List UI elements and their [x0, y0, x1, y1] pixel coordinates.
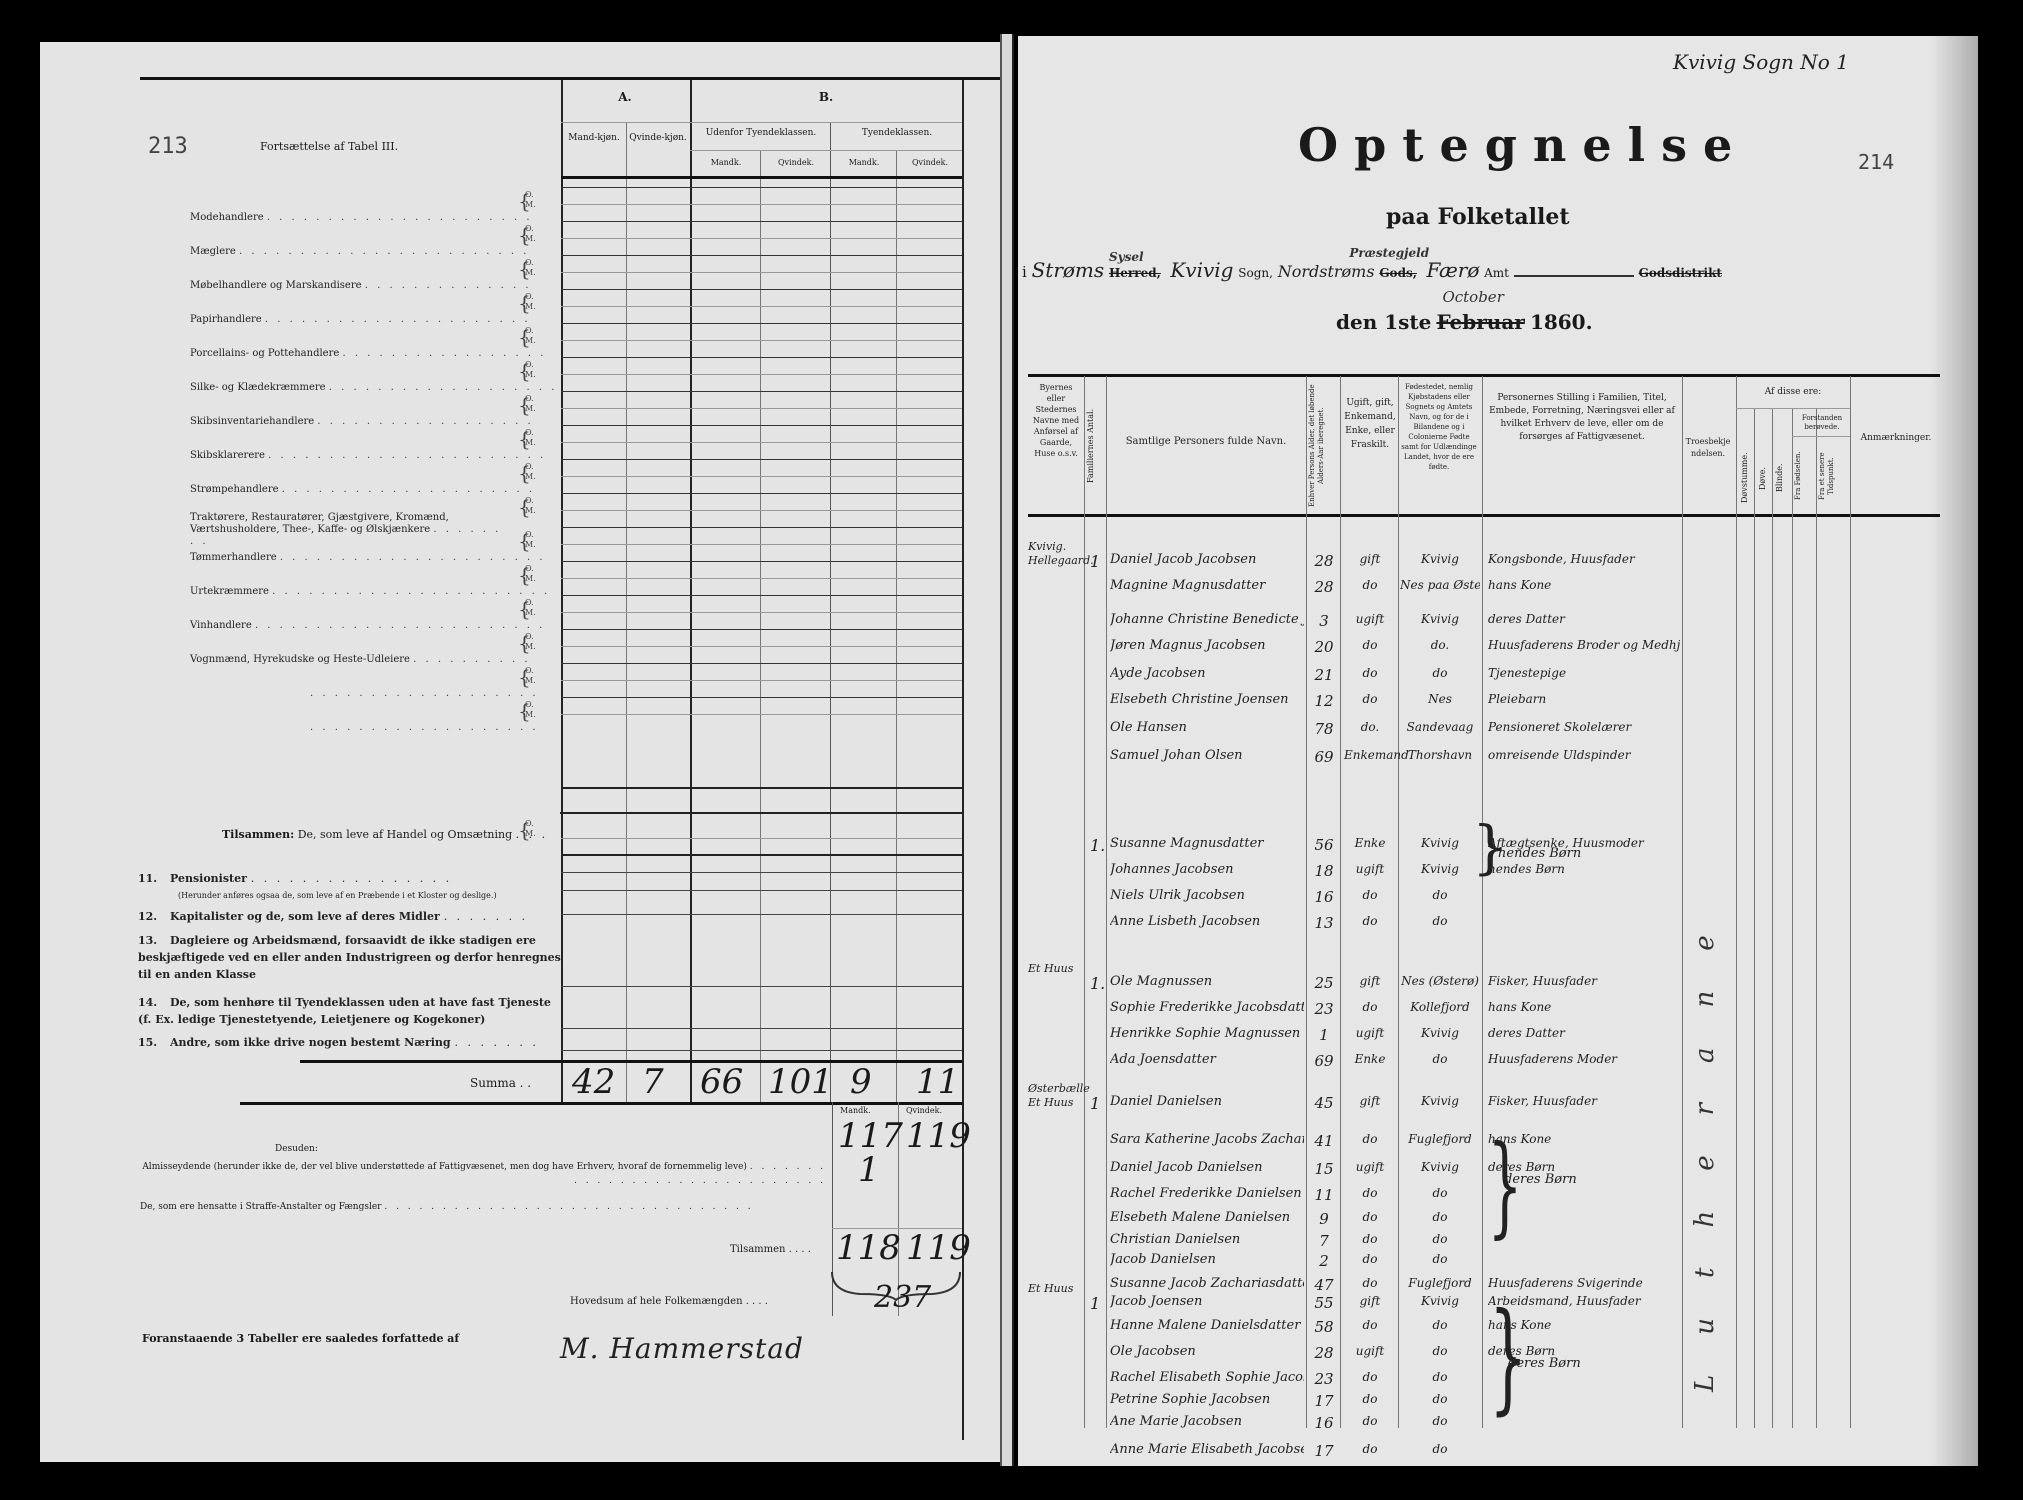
summa-b-servants-male: 9 — [850, 1062, 872, 1102]
person-birthplace: Nes paa Østerø — [1400, 578, 1480, 592]
person-marital-status: do — [1344, 666, 1396, 680]
row-subrule — [561, 272, 962, 273]
census-col-rule — [1482, 376, 1483, 1428]
row-subrule — [561, 612, 962, 613]
col-blind: Blinde. — [1775, 446, 1784, 510]
household-family-count: 1 — [1090, 552, 1100, 571]
person-name: Jøren Magnus Jacobsen — [1110, 638, 1304, 653]
person-age: 56 — [1308, 836, 1340, 854]
left-page: 213 Fortsættelse af Tabel III. A. B. Man… — [40, 42, 1000, 1462]
row-rule — [561, 595, 962, 596]
person-birthplace: do — [1400, 1344, 1480, 1358]
summa-b-servants-female: 11 — [916, 1062, 959, 1102]
row-subrule — [561, 476, 962, 477]
person-birthplace: do — [1400, 1210, 1480, 1224]
household-place: Kvivig. Hellegaard. — [1028, 540, 1084, 568]
numbered-rule — [561, 890, 962, 891]
person-age: 17 — [1308, 1392, 1340, 1410]
item-13: 13.Dagleiere og Arbeidsmænd, forsaavidt … — [138, 932, 568, 983]
person-marital-status: do — [1344, 1232, 1396, 1246]
household-family-count: 1 — [1090, 1094, 1100, 1113]
row-subrule — [561, 544, 962, 545]
brace-hendes-born: } — [1472, 818, 1509, 876]
person-age: 16 — [1308, 1414, 1340, 1432]
person-age: 16 — [1308, 888, 1340, 906]
table-heading: Fortsættelse af Tabel III. — [260, 140, 398, 153]
census-col-rule — [1772, 408, 1773, 1428]
gods-value: Nordstrøms — [1278, 262, 1375, 281]
almisse-label: Almisseydende (herunder ikke de, der vel… — [140, 1160, 826, 1188]
person-position: Tjenestepige — [1488, 666, 1680, 680]
book-gutter — [1000, 34, 1014, 1466]
person-birthplace: do — [1400, 1052, 1480, 1066]
brace-deres-born-1: } — [1488, 1130, 1523, 1240]
census-col-rule — [1792, 408, 1793, 1428]
row-subrule — [561, 374, 962, 375]
census-col-rule — [1084, 376, 1085, 1428]
person-marital-status: Enkemand — [1344, 748, 1396, 762]
summa-a-female: 7 — [642, 1062, 664, 1102]
person-birthplace: Thorshavn — [1400, 748, 1480, 762]
person-birthplace: do — [1400, 1414, 1480, 1428]
om-label: O.M. — [525, 700, 536, 720]
row-subrule — [561, 714, 962, 715]
person-birthplace: Kollefjord — [1400, 1000, 1480, 1014]
col-later: Fra et senere Tidspunkt. — [1818, 442, 1836, 510]
om-label: O.M. — [525, 564, 536, 584]
header-bottom-rule — [561, 176, 962, 179]
person-name: Petrine Sophie Jacobsen — [1110, 1392, 1304, 1407]
census-col-rule — [1816, 408, 1817, 1428]
census-col-rule — [1340, 376, 1341, 1428]
item-12: 12.Kapitalister og de, som leve af deres… — [138, 908, 568, 925]
person-marital-status: ugift — [1344, 1160, 1396, 1174]
sogn-printed: Sogn, — [1238, 266, 1273, 280]
person-marital-status: do — [1344, 1186, 1396, 1200]
district-printed: Godsdistrikt — [1639, 266, 1722, 280]
person-name: Susanne Jacob Zachariasdatter — [1110, 1276, 1304, 1291]
summa-b-outside-female: 101 — [768, 1062, 833, 1102]
row-label: Urtekræmmere . . . . . . . . . . . . . .… — [190, 586, 550, 597]
person-position: hans Kone — [1488, 578, 1680, 592]
person-birthplace: Nes (Østerø) — [1400, 974, 1480, 988]
row-label: Modehandlere . . . . . . . . . . . . . .… — [190, 212, 533, 223]
row-rule — [561, 187, 962, 188]
person-marital-status: gift — [1344, 974, 1396, 988]
person-marital-status: do — [1344, 1414, 1396, 1428]
person-birthplace: Kvivig — [1400, 836, 1480, 850]
group-divider-ab — [690, 80, 692, 1102]
person-marital-status: ugift — [1344, 862, 1396, 876]
summa-label: Summa . . — [470, 1076, 531, 1090]
col-a-male: Mand-kjøn. — [564, 132, 624, 145]
person-name: Ayde Jacobsen — [1110, 666, 1304, 681]
person-name: Johanne Christine Benedicte Jacobsen — [1110, 612, 1304, 627]
census-col-rule — [1754, 408, 1755, 1428]
document-subtitle: paa Folketallet — [1386, 204, 1570, 230]
person-name: Ole Jacobsen — [1110, 1344, 1304, 1359]
totals-tilsammen-male: 118 — [836, 1228, 901, 1268]
household-family-count: 1. — [1090, 974, 1105, 993]
person-age: 28 — [1308, 1344, 1340, 1362]
date-line: den 1ste FebruarOctober 1860. — [1336, 310, 1593, 334]
col-religion: Troesbekjendelsen. — [1684, 436, 1732, 460]
totals-row1-female: 119 — [906, 1116, 971, 1156]
person-birthplace: do — [1400, 1392, 1480, 1406]
person-marital-status: do — [1344, 1132, 1396, 1146]
col-a-female: Qvinde-kjøn. — [628, 132, 688, 145]
person-birthplace: do — [1400, 888, 1480, 902]
census-header-top — [1028, 374, 1940, 377]
hovedsum-value: 237 — [874, 1280, 931, 1315]
col-b-female-1: Qvindek. — [762, 158, 830, 167]
om-label: O.M. — [525, 462, 536, 482]
row-label: Tømmerhandlere . . . . . . . . . . . . .… — [190, 552, 546, 563]
person-age: 7 — [1308, 1232, 1340, 1250]
amt-value: Færø — [1426, 258, 1479, 282]
col-families: Familiernes Antal. — [1086, 382, 1095, 510]
household-family-count: 1 — [1090, 1294, 1100, 1313]
person-name: Ane Marie Jacobsen — [1110, 1414, 1304, 1429]
person-marital-status: do — [1344, 914, 1396, 928]
person-marital-status: ugift — [1344, 612, 1396, 626]
person-age: 25 — [1308, 974, 1340, 992]
herred-value: Strøms — [1032, 258, 1105, 282]
om-label: O.M. — [525, 496, 536, 516]
row-rule — [561, 493, 962, 494]
person-birthplace: do — [1400, 1442, 1480, 1456]
col-names: Samtlige Personers fulde Navn. — [1108, 436, 1304, 448]
person-marital-status: do — [1344, 888, 1396, 902]
person-age: 69 — [1308, 748, 1340, 766]
census-col-rule — [1850, 376, 1851, 1428]
row-rule — [561, 697, 962, 698]
person-age: 2 — [1308, 1252, 1340, 1270]
household-family-count: 1. — [1090, 836, 1105, 855]
person-marital-status: gift — [1344, 1094, 1396, 1108]
person-birthplace: Kvivig — [1400, 552, 1480, 566]
row-rule — [561, 289, 962, 290]
person-birthplace: Kvivig — [1400, 612, 1480, 626]
row-rule — [561, 561, 962, 562]
row-subrule — [561, 578, 962, 579]
row-label: Skibsklarerere . . . . . . . . . . . . .… — [190, 450, 546, 461]
person-marital-status: do — [1344, 1276, 1396, 1290]
item-15: 15.Andre, som ikke drive nogen bestemt N… — [138, 1034, 568, 1051]
col-deafmute: Døvstumme. — [1740, 446, 1749, 510]
row-subrule — [561, 238, 962, 239]
person-name: Samuel Johan Olsen — [1110, 748, 1304, 763]
tilsammen-rule-top — [560, 812, 962, 814]
row-subrule — [561, 680, 962, 681]
row-rule — [561, 425, 962, 426]
herred-printed: Herred,Sysel — [1109, 266, 1161, 280]
person-position: omreisende Uldspinder — [1488, 748, 1680, 762]
row-subrule — [561, 408, 962, 409]
person-age: 47 — [1308, 1276, 1340, 1294]
tilsammen-label: Tilsammen: — [222, 828, 294, 841]
row-rule — [561, 255, 962, 256]
row-label: Vognmænd, Hyrekudske og Heste-Udleiere .… — [190, 654, 531, 665]
person-name: Henrikke Sophie Magnussen — [1110, 1026, 1304, 1041]
person-marital-status: do — [1344, 1318, 1396, 1332]
row-label: Vinhandlere . . . . . . . . . . . . . . … — [190, 620, 545, 631]
col-b-servants: Tyendeklassen. — [832, 128, 962, 138]
item-11: 11.Pensionister . . . . . . . . . . . . … — [138, 870, 568, 904]
right-page: Kvivig Sogn No 1 214 Optegnelse paa Folk… — [1018, 36, 1978, 1466]
amt-printed: Amt — [1484, 266, 1509, 280]
person-name: Anne Lisbeth Jacobsen — [1110, 914, 1304, 929]
row-label: Strømpehandlere . . . . . . . . . . . . … — [190, 484, 535, 495]
om-label: O.M. — [525, 292, 536, 312]
person-name: Rachel Elisabeth Sophie Jacobsen — [1110, 1370, 1304, 1385]
om-label: O.M. — [525, 428, 536, 448]
insane-rule — [1792, 436, 1850, 437]
col-from-birth: Fra Fødselen. — [1794, 442, 1803, 510]
row-rule — [561, 527, 962, 528]
om-label: O.M. — [525, 666, 536, 686]
totals-header-female: Qvindek. — [906, 1106, 942, 1115]
row-label: Porcellains- og Pottehandlere . . . . . … — [190, 348, 546, 359]
person-birthplace: do — [1400, 1370, 1480, 1384]
group-b-label: B. — [690, 90, 962, 104]
header-rule-2 — [690, 150, 962, 151]
household-place: Et Huus — [1028, 1282, 1084, 1296]
person-age: 23 — [1308, 1000, 1340, 1018]
person-age: 11 — [1308, 1186, 1340, 1204]
brace-label: hendes Børn — [1498, 846, 1581, 861]
hovedsum-label: Hovedsum af hele Folkemængden . . . . — [570, 1296, 768, 1307]
col-b-outside: Udenfor Tyendeklassen. — [692, 128, 830, 138]
row-rule — [561, 629, 962, 630]
row-subrule — [561, 646, 962, 647]
household-place: Østerbælle Et Huus — [1028, 1082, 1084, 1110]
person-age: 17 — [1308, 1442, 1340, 1460]
census-col-rule — [1306, 376, 1307, 1428]
person-position: deres Datter — [1488, 1026, 1680, 1040]
col-b-male-1: Mandk. — [692, 158, 760, 167]
row-rule — [561, 357, 962, 358]
person-position: hans Kone — [1488, 1000, 1680, 1014]
tilsammen-row: Tilsammen: De, som leve af Handel og Oms… — [222, 828, 548, 841]
person-marital-status: Enke — [1344, 836, 1396, 850]
row-rule — [561, 323, 962, 324]
person-marital-status: ugift — [1344, 1344, 1396, 1358]
col-age: Enhver Persons Alder, det løbende Alders… — [1308, 382, 1326, 510]
om-label: O.M. — [525, 394, 536, 414]
person-age: 55 — [1308, 1294, 1340, 1312]
sogn-value: Kvivig — [1170, 258, 1233, 282]
person-age: 9 — [1308, 1210, 1340, 1228]
person-age: 58 — [1308, 1318, 1340, 1336]
person-birthplace: Kvivig — [1400, 1294, 1480, 1308]
person-position: Kongsbonde, Huusfader — [1488, 552, 1680, 566]
row-rule — [561, 221, 962, 222]
col-marital: Ugift, gift, Enkemand, Enke, eller Frask… — [1344, 396, 1396, 452]
person-birthplace: Kvivig — [1400, 1160, 1480, 1174]
signature: M. Hammerstad — [560, 1332, 804, 1365]
om-label: O.M. — [525, 258, 536, 278]
person-birthplace: Kvivig — [1400, 1094, 1480, 1108]
person-position: Pensioneret Skolelærer — [1488, 720, 1680, 734]
person-name: Susanne Magnusdatter — [1110, 836, 1304, 851]
person-marital-status: ugift — [1344, 1026, 1396, 1040]
straffe-label: De, som ere hensatte i Straffe-Anstalter… — [140, 1202, 826, 1212]
om-label: O.M. — [525, 224, 536, 244]
row-subrule — [561, 442, 962, 443]
col-place: Byernes eller Stedernes Navne med Anførs… — [1030, 382, 1082, 459]
tilsammen-subrule — [561, 838, 962, 839]
row-rule — [561, 663, 962, 664]
person-name: Ole Magnussen — [1110, 974, 1304, 989]
person-birthplace: do. — [1400, 638, 1480, 652]
census-col-rule — [1106, 376, 1107, 1428]
person-age: 20 — [1308, 638, 1340, 656]
gods-printed: Gods,Præstegjeld — [1379, 266, 1417, 280]
person-age: 13 — [1308, 914, 1340, 932]
person-position: Fisker, Huusfader — [1488, 974, 1680, 988]
tilsammen-rule — [561, 787, 962, 789]
person-age: 69 — [1308, 1052, 1340, 1070]
person-birthplace: do — [1400, 1232, 1480, 1246]
person-birthplace: Fuglefjord — [1400, 1276, 1480, 1290]
col-deaf: Døve. — [1758, 446, 1767, 510]
person-birthplace: do — [1400, 1318, 1480, 1332]
census-col-rule — [1736, 376, 1737, 1428]
person-name: Rachel Frederikke Danielsen — [1110, 1186, 1304, 1201]
person-birthplace: Fuglefjord — [1400, 1132, 1480, 1146]
person-name: Johannes Jacobsen — [1110, 862, 1304, 877]
person-birthplace: Sandevaag — [1400, 720, 1480, 734]
col-b-male-2: Mandk. — [832, 158, 896, 167]
row-label: Skibsinventariehandlere . . . . . . . . … — [190, 416, 534, 427]
person-name: Daniel Jacob Jacobsen — [1110, 552, 1304, 567]
person-name: Daniel Danielsen — [1110, 1094, 1304, 1109]
row-label: Mæglere . . . . . . . . . . . . . . . . … — [190, 246, 529, 257]
col-af-disse: Af disse ere: — [1738, 386, 1848, 398]
tilsammen-text: De, som leve af Handel og Omsætning — [298, 828, 512, 841]
summa-bottom-rule — [240, 1102, 962, 1105]
page-edge-shadow — [1930, 36, 1978, 1466]
person-marital-status: do — [1344, 1252, 1396, 1266]
top-rule — [140, 77, 1006, 80]
col-divider-b1 — [760, 150, 761, 1102]
month-printed: FebruarOctober — [1436, 310, 1524, 334]
numbered-rule — [561, 1028, 962, 1029]
person-name: Niels Ulrik Jacobsen — [1110, 888, 1304, 903]
person-name: Jacob Joensen — [1110, 1294, 1304, 1309]
om-label: O.M. — [525, 190, 536, 210]
row-label: Silke- og Klædekræmmere . . . . . . . . … — [190, 382, 557, 393]
person-marital-status: do. — [1344, 720, 1396, 734]
person-age: 3 — [1308, 612, 1340, 630]
row-label: Traktørere, Restauratører, Gjæstgivere, … — [190, 512, 510, 548]
person-name: Elsebeth Christine Joensen — [1110, 692, 1304, 707]
person-age: 45 — [1308, 1094, 1340, 1112]
person-age: 1 — [1308, 1026, 1340, 1044]
person-name: Elsebeth Malene Danielsen — [1110, 1210, 1304, 1225]
om-label: O.M. — [525, 326, 536, 346]
person-name: Ole Hansen — [1110, 720, 1304, 735]
col-remarks: Anmærkninger. — [1856, 432, 1936, 444]
almisse-male: 1 — [858, 1150, 880, 1190]
person-birthplace: do — [1400, 1252, 1480, 1266]
corner-note: Kvivig Sogn No 1 — [1673, 50, 1849, 74]
row-subrule — [561, 306, 962, 307]
person-birthplace: Kvivig — [1400, 1026, 1480, 1040]
person-age: 18 — [1308, 862, 1340, 880]
numbered-rule — [561, 986, 962, 987]
person-name: Jacob Danielsen — [1110, 1252, 1304, 1267]
summa-b-outside-male: 66 — [700, 1062, 743, 1102]
om-label: O.M. — [525, 632, 536, 652]
numbered-rule — [561, 872, 962, 873]
person-name: Magnine Magnusdatter — [1110, 578, 1304, 593]
person-age: 28 — [1308, 578, 1340, 596]
row-subrule — [561, 510, 962, 511]
row-label-blank: . . . . . . . . . . . . . . . . . . . — [310, 688, 539, 699]
col-divider-b2 — [896, 150, 897, 1102]
row-subrule — [561, 204, 962, 205]
row-label: Møbelhandlere og Marskandisere . . . . .… — [190, 280, 532, 291]
person-marital-status: do — [1344, 1370, 1396, 1384]
census-col-rule — [1398, 376, 1399, 1428]
person-marital-status: do — [1344, 692, 1396, 706]
deduden-label: Desuden: — [275, 1144, 318, 1154]
person-position: Huusfaderens Moder — [1488, 1052, 1680, 1066]
tilsammen-rule-bottom — [561, 854, 962, 856]
group-a-label: A. — [580, 90, 670, 104]
person-marital-status: do — [1344, 1210, 1396, 1224]
person-marital-status: do — [1344, 638, 1396, 652]
person-name: Sara Katherine Jacobs Zachariasdatter — [1110, 1132, 1304, 1147]
signature-label: Foranstaaende 3 Tabeller ere saaledes fo… — [142, 1332, 459, 1345]
totals-header-male: Mandk. — [840, 1106, 871, 1115]
person-marital-status: do — [1344, 578, 1396, 592]
row-rule — [561, 391, 962, 392]
person-age: 78 — [1308, 720, 1340, 738]
col-birthplace: Fødestedet, nemlig Kjøbstadens eller Sog… — [1400, 382, 1478, 472]
person-birthplace: Nes — [1400, 692, 1480, 706]
row-subrule — [561, 340, 962, 341]
person-marital-status: gift — [1344, 552, 1396, 566]
col-position: Personernes Stilling i Familien, Titel, … — [1484, 392, 1680, 444]
person-birthplace: do — [1400, 666, 1480, 680]
person-birthplace: do — [1400, 1186, 1480, 1200]
person-name: Christian Danielsen — [1110, 1232, 1304, 1247]
numbered-rule — [561, 1050, 962, 1051]
person-name: Anne Marie Elisabeth Jacobsen — [1110, 1442, 1304, 1457]
person-birthplace: do — [1400, 914, 1480, 928]
location-line: i Strøms Herred,Sysel Kvivig Sogn, Nords… — [1022, 258, 1952, 282]
totals-tilsammen-label: Tilsammen . . . . — [730, 1244, 811, 1255]
person-marital-status: do — [1344, 1000, 1396, 1014]
census-header-bottom — [1028, 514, 1940, 517]
header-rule-1 — [561, 122, 962, 123]
item-14: 14.De, som henhøre til Tyendeklassen ude… — [138, 994, 568, 1028]
person-name: Hanne Malene Danielsdatter — [1110, 1318, 1304, 1333]
person-position: hendes Børn — [1488, 862, 1680, 876]
numbered-rule — [561, 914, 962, 915]
om-label: O.M. — [525, 598, 536, 618]
person-position: Huusfaderens Broder og Medhjælper — [1488, 638, 1680, 652]
person-age: 21 — [1308, 666, 1340, 684]
person-age: 41 — [1308, 1132, 1340, 1150]
person-age: 23 — [1308, 1370, 1340, 1388]
person-age: 12 — [1308, 692, 1340, 710]
summa-a-male: 42 — [572, 1062, 615, 1102]
person-name: Sophie Frederikke Jacobsdatter — [1110, 1000, 1304, 1015]
